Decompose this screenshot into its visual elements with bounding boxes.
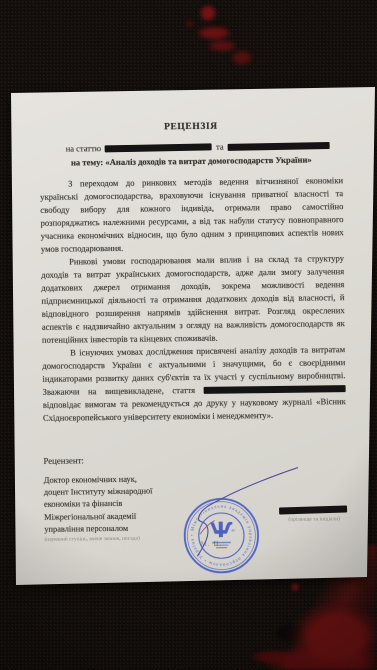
- paper-shadow-wrap: РЕЦЕНЗІЯ на статтю та на тему: «Аналіз д…: [0, 0, 377, 670]
- paragraph-2: Ринкові умови господарювання мали вплив …: [41, 252, 345, 347]
- credential-line: управління персоналом: [44, 522, 179, 536]
- signature-pen-line: [197, 468, 299, 556]
- redaction-bar-authors-inline: [204, 385, 346, 394]
- document-title: РЕЦЕНЗІЯ: [39, 120, 342, 134]
- topic-line: на тему: «Аналіз доходів та витрат домог…: [40, 154, 343, 168]
- signature-stroke: [190, 463, 305, 562]
- paragraph-3-post: відповідає вимогам та рекомендується до …: [43, 396, 346, 423]
- article-line: на статтю та: [66, 140, 330, 153]
- article-line-connector: та: [216, 142, 224, 152]
- document-content: РЕЦЕНЗІЯ на статтю та на тему: «Аналіз д…: [0, 0, 377, 670]
- paper-sheet: РЕЦЕНЗІЯ на статтю та на тему: «Аналіз д…: [0, 0, 377, 670]
- photo-of-document: РЕЦЕНЗІЯ на статтю та на тему: «Аналіз д…: [0, 0, 377, 670]
- body-text: З переходом до ринкових методів ведення …: [40, 174, 346, 425]
- paragraph-3: В існуючих умовах дослідження присвячені…: [42, 343, 346, 425]
- reviewer-credentials: Доктор економічних наук, доцент Інститут…: [44, 473, 180, 536]
- redaction-bar-author-2: [228, 141, 330, 150]
- paragraph-1: З переходом до ринкових методів ведення …: [40, 174, 344, 256]
- article-line-prefix: на статтю: [66, 143, 101, 153]
- redaction-bar-author-1: [105, 143, 212, 152]
- credentials-caption: (науковий ступінь, вчене звання, посада): [44, 535, 179, 543]
- reviewer-label: Рецензент:: [43, 455, 84, 465]
